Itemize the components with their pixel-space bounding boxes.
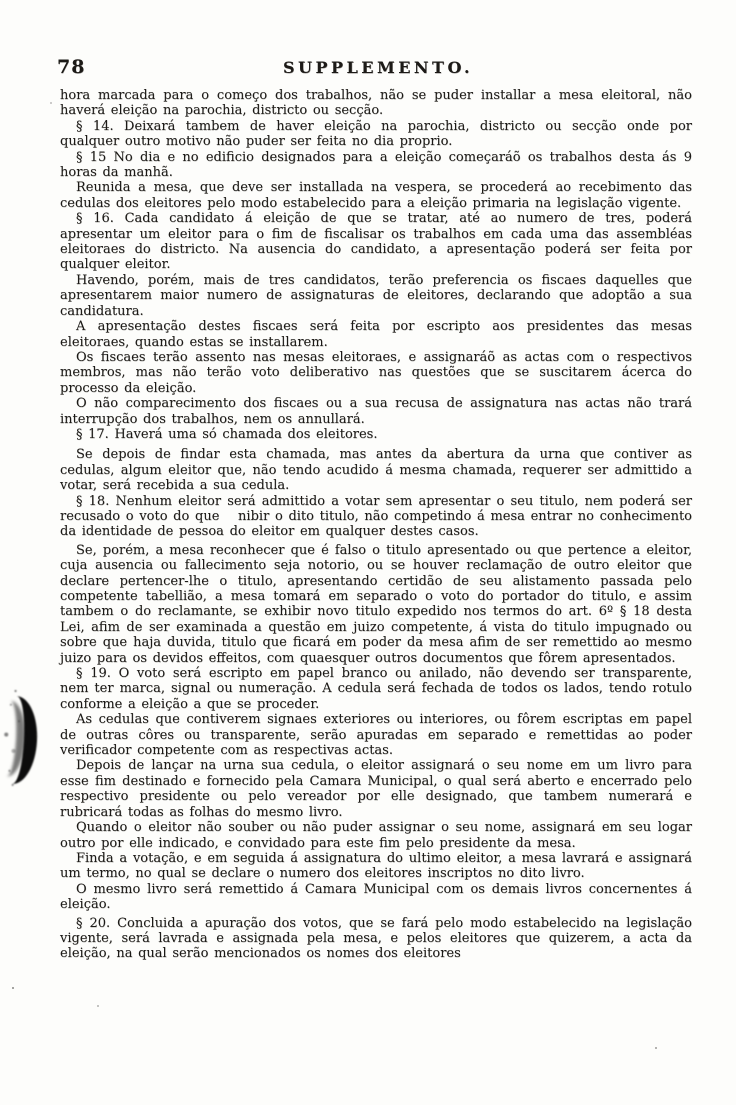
paragraph: O não comparecimento dos fiscaes ou a su… [60, 396, 692, 427]
paragraph: As cedulas que contiverem signaes exteri… [60, 712, 692, 758]
paragraph: Depois de lançar na urna sua cedula, o e… [60, 758, 692, 820]
paragraph: Finda a votação, e em seguida á assignat… [60, 851, 692, 882]
paragraph: Se, porém, a mesa reconhecer que é falso… [60, 543, 692, 666]
page-body: hora marcada para o começo dos trabalhos… [60, 88, 692, 962]
paragraph: Havendo, porém, mais de tres candidatos,… [60, 273, 692, 319]
paragraph: A apresentação destes fiscaes será feita… [60, 319, 692, 350]
paragraph: Quando o eleitor não souber ou não puder… [60, 820, 692, 851]
page-title: SUPPLEMENTO. [20, 58, 736, 77]
paragraph-section-20: § 20. Concluida a apuração dos votos, qu… [60, 916, 692, 962]
ink-smudge [0, 695, 39, 785]
paragraph-section-19: § 19. O voto será escripto em papel bran… [60, 666, 692, 712]
paragraph: Reunida a mesa, que deve ser installada … [60, 180, 692, 211]
paragraph-section-15: § 15 No dia e no edificio designados par… [60, 150, 692, 181]
document-page: 78 SUPPLEMENTO. hora marcada para o come… [0, 0, 736, 1105]
paragraph-continuation: hora marcada para o começo dos trabalhos… [60, 88, 692, 119]
paragraph: O mesmo livro será remettido á Camara Mu… [60, 882, 692, 913]
paragraph-section-14: § 14. Deixará tambem de haver eleição na… [60, 119, 692, 150]
paragraph: Os fiscaes terão assento nas mesas eleit… [60, 350, 692, 396]
paper-specks [12, 987, 14, 989]
paragraph-section-17: § 17. Haverá uma só chamada dos eleitore… [60, 427, 692, 442]
paragraph-section-18: § 18. Nenhum eleitor será admittido a vo… [60, 494, 692, 540]
paragraph: Se depois de findar esta chamada, mas an… [60, 447, 692, 493]
paragraph-section-16: § 16. Cada candidato á eleição de que se… [60, 211, 692, 273]
